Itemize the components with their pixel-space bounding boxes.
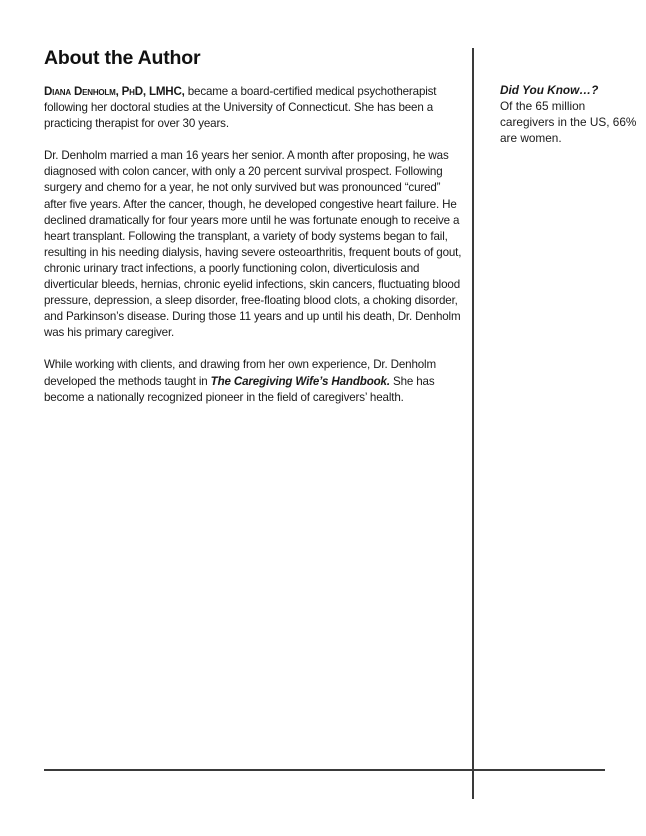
- author-intro-paragraph: Diana Denholm, PhD, LMHC, became a board…: [44, 84, 462, 132]
- page-title: About the Author: [44, 46, 462, 70]
- main-column: About the Author Diana Denholm, PhD, LMH…: [44, 46, 462, 422]
- author-closing-paragraph: While working with clients, and drawing …: [44, 357, 462, 405]
- sidebar-fact: Of the 65 million caregivers in the US, …: [500, 98, 640, 146]
- column-divider-vertical: [472, 48, 474, 799]
- author-story-paragraph: Dr. Denholm married a man 16 years her s…: [44, 148, 462, 341]
- document-page: About the Author Diana Denholm, PhD, LMH…: [0, 0, 646, 836]
- book-title: The Caregiving Wife’s Handbook.: [211, 375, 390, 388]
- footer-divider-horizontal: [44, 769, 605, 771]
- sidebar-title: Did You Know…?: [500, 82, 640, 98]
- did-you-know-sidebar: Did You Know…? Of the 65 million caregiv…: [500, 82, 640, 146]
- author-name: Diana Denholm, PhD, LMHC,: [44, 85, 185, 98]
